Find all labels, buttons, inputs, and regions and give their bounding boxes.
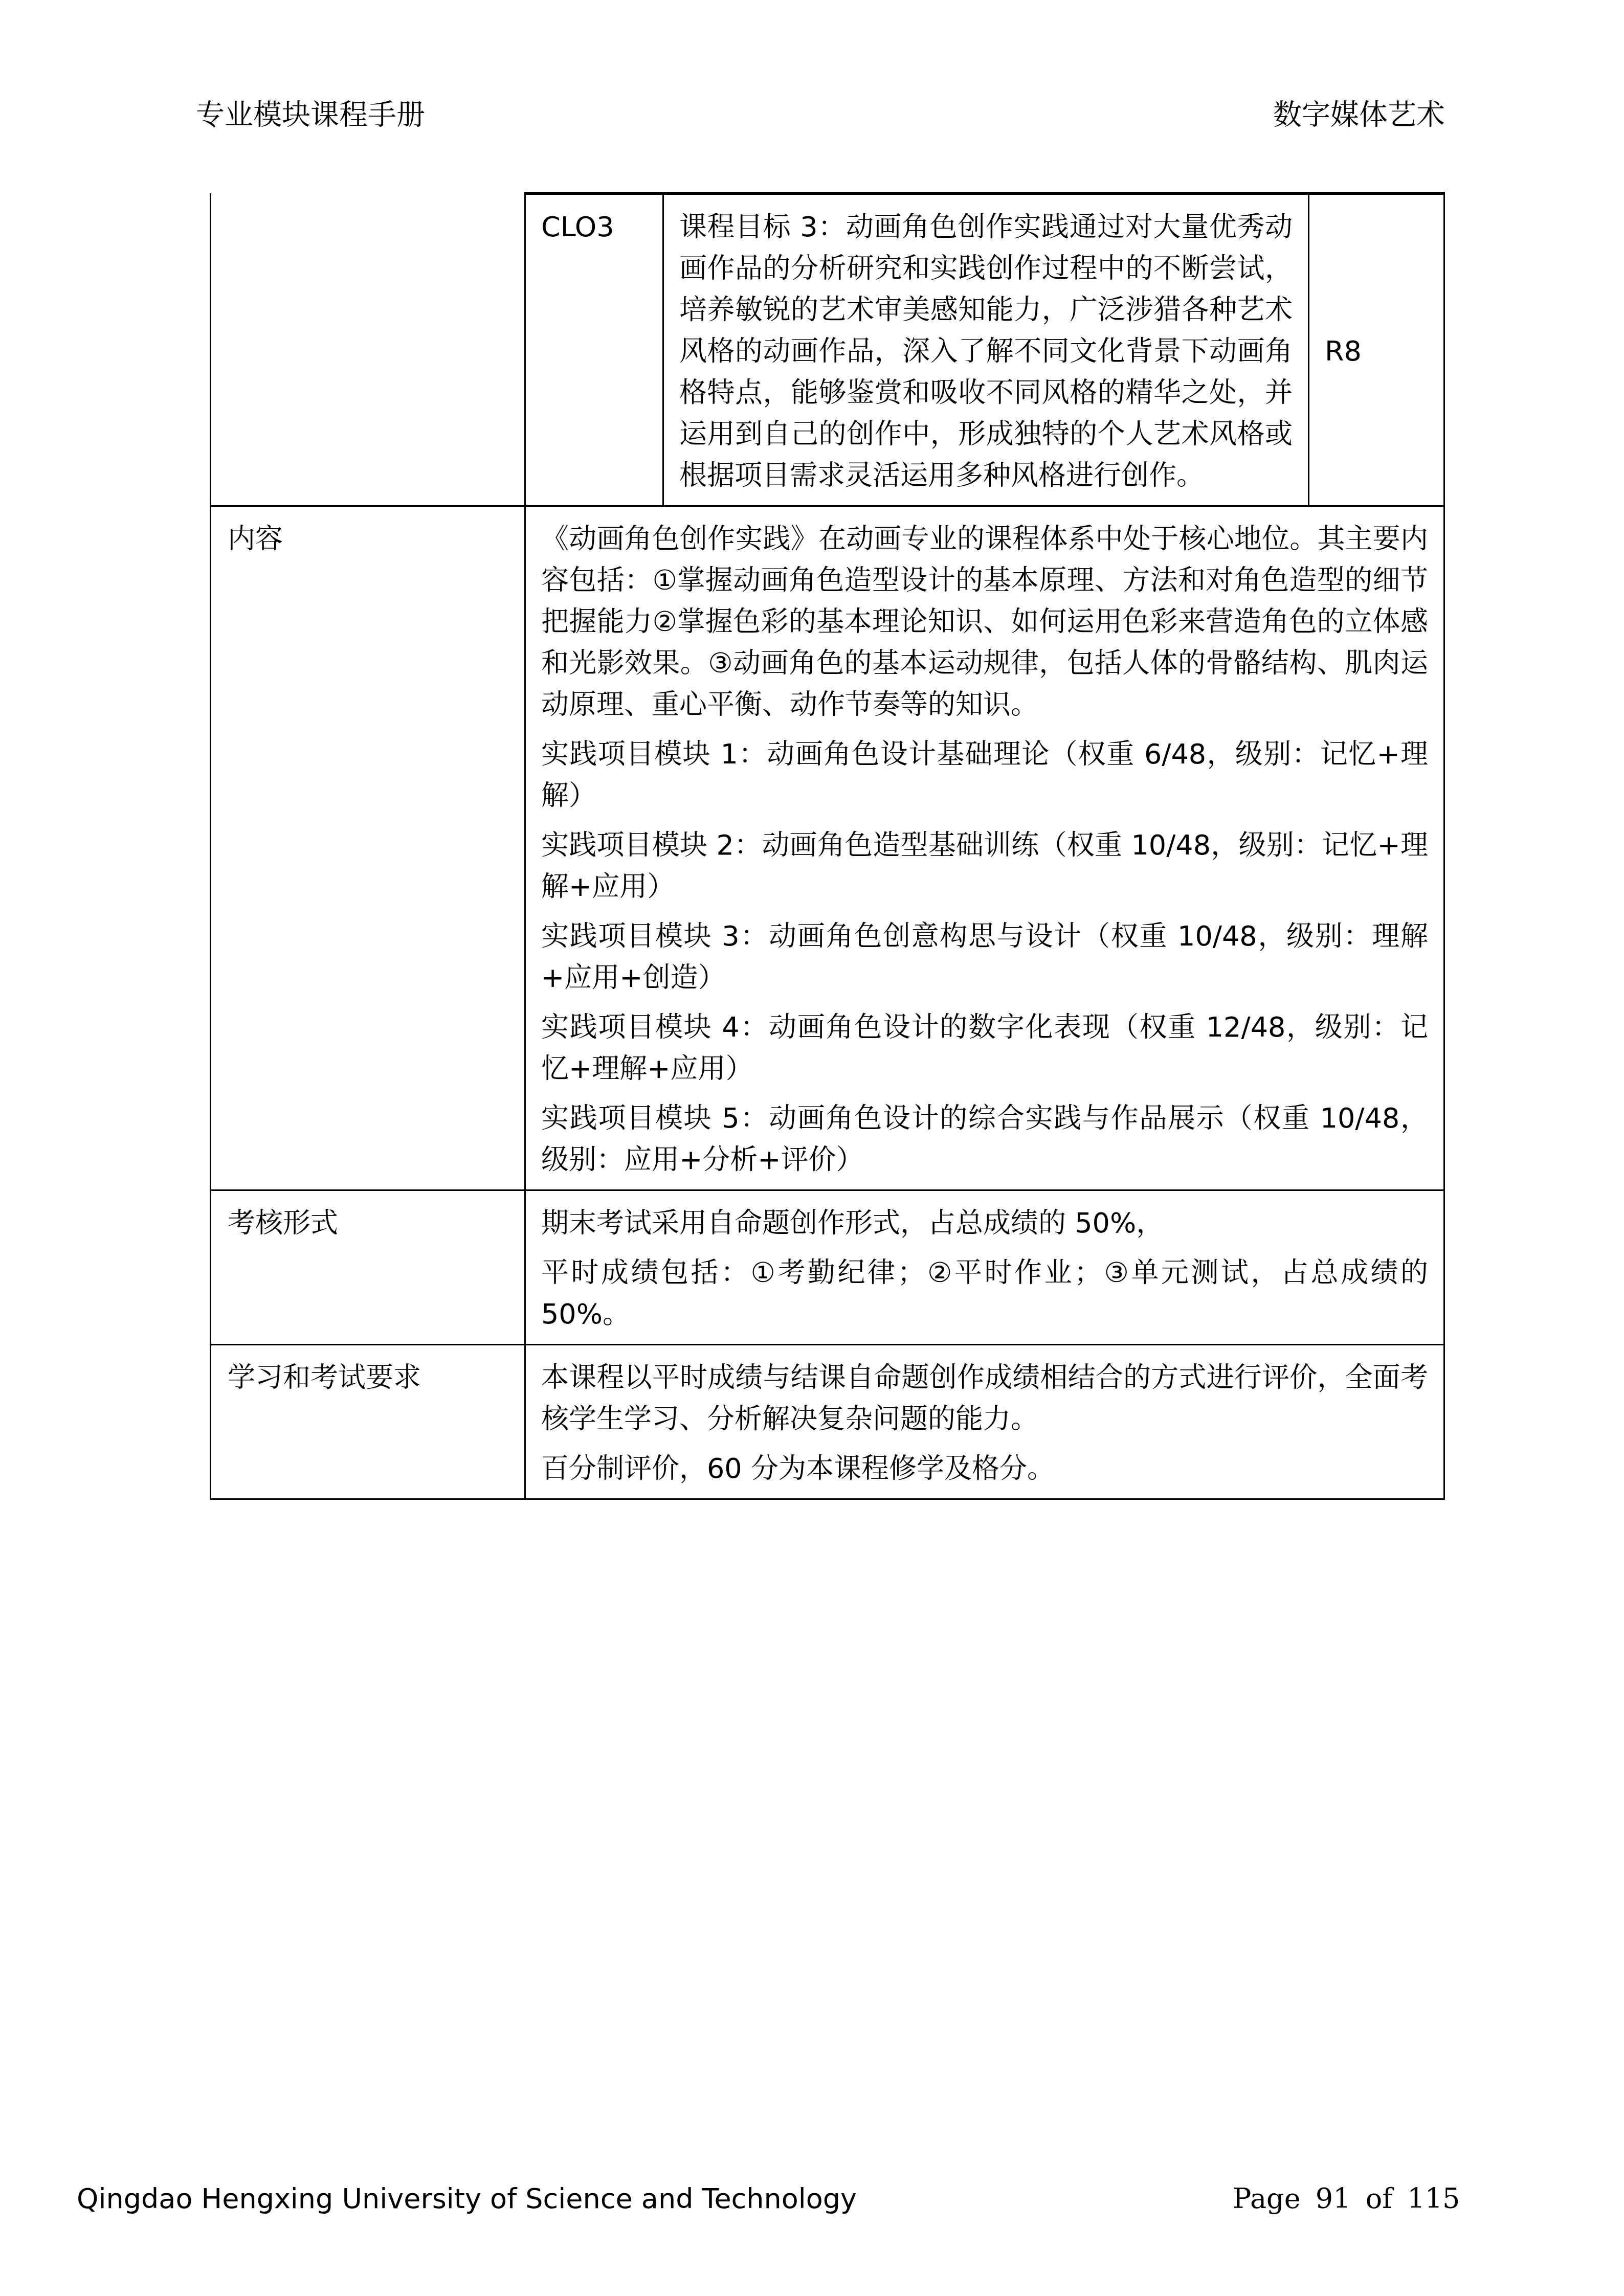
module-item: 实践项目模块 2：动画角色造型基础训练（权重 10/48，级别：记忆+理解+应用… xyxy=(541,824,1428,907)
content-label: 内容 xyxy=(211,506,525,1190)
content-intro: 《动画角色创作实践》在动画专业的课程体系中处于核心地位。其主要内容包括：①掌握动… xyxy=(541,518,1428,725)
assessment-line: 平时成绩包括：①考勤纪律；②平时作业；③单元测试，占总成绩的 50%。 xyxy=(541,1252,1428,1335)
course-info-table: CLO3 课程目标 3：动画角色创作实践通过对大量优秀动画作品的分析研究和实践创… xyxy=(210,192,1445,1500)
module-item: 实践项目模块 5：动画角色设计的综合实践与作品展示（权重 10/48，级别：应用… xyxy=(541,1097,1428,1180)
header-major-name: 数字媒体艺术 xyxy=(1273,97,1445,133)
clo-code: CLO3 xyxy=(525,193,663,506)
clo-description: 课程目标 3：动画角色创作实践通过对大量优秀动画作品的分析研究和实践创作过程中的… xyxy=(663,193,1309,506)
requirements-line: 百分制评价，60 分为本课程修学及格分。 xyxy=(541,1448,1428,1489)
header-manual-title: 专业模块课程手册 xyxy=(196,97,425,133)
requirements-body: 本课程以平时成绩与结课自命题创作成绩相结合的方式进行评价，全面考核学生学习、分析… xyxy=(525,1345,1444,1499)
clo-description-text: 课程目标 3：动画角色创作实践通过对大量优秀动画作品的分析研究和实践创作过程中的… xyxy=(679,206,1293,496)
assessment-label: 考核形式 xyxy=(211,1190,525,1345)
module-item: 实践项目模块 3：动画角色创意构思与设计（权重 10/48，级别：理解+应用+创… xyxy=(541,915,1428,998)
content-body: 《动画角色创作实践》在动画专业的课程体系中处于核心地位。其主要内容包括：①掌握动… xyxy=(525,506,1444,1190)
footer-page-number: Page 91 of 115 xyxy=(1233,2181,1460,2217)
assessment-line: 期末考试采用自命题创作形式，占总成绩的 50%， xyxy=(541,1202,1428,1244)
assessment-body: 期末考试采用自命题创作形式，占总成绩的 50%， 平时成绩包括：①考勤纪律；②平… xyxy=(525,1190,1444,1345)
assessment-row: 考核形式 期末考试采用自命题创作形式，占总成绩的 50%， 平时成绩包括：①考勤… xyxy=(211,1190,1444,1345)
module-item: 实践项目模块 1：动画角色设计基础理论（权重 6/48，级别：记忆+理解） xyxy=(541,733,1428,816)
content-row: 内容 《动画角色创作实践》在动画专业的课程体系中处于核心地位。其主要内容包括：①… xyxy=(211,506,1444,1190)
clo3-row: CLO3 课程目标 3：动画角色创作实践通过对大量优秀动画作品的分析研究和实践创… xyxy=(211,193,1444,506)
clo-requirement: R8 xyxy=(1309,193,1444,506)
requirements-row: 学习和考试要求 本课程以平时成绩与结课自命题创作成绩相结合的方式进行评价，全面考… xyxy=(211,1345,1444,1499)
clo-label-cell-continued xyxy=(211,193,525,506)
requirements-line: 本课程以平时成绩与结课自命题创作成绩相结合的方式进行评价，全面考核学生学习、分析… xyxy=(541,1357,1428,1439)
module-item: 实践项目模块 4：动画角色设计的数字化表现（权重 12/48，级别：记忆+理解+… xyxy=(541,1006,1428,1089)
footer-university: Qingdao Hengxing University of Science a… xyxy=(77,2181,857,2217)
requirements-label: 学习和考试要求 xyxy=(211,1345,525,1499)
